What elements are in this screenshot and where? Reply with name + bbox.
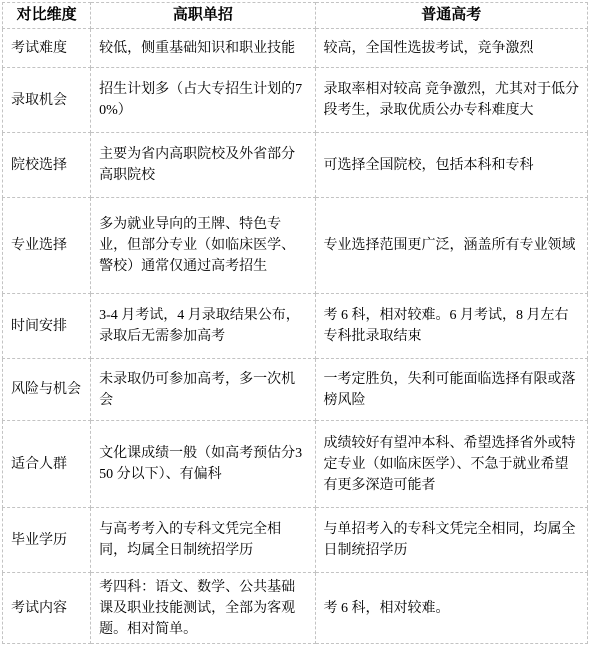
row-label: 毕业学历 [3,508,91,573]
row-label: 录取机会 [3,68,91,133]
table-row-exam-content: 考试内容 考四科：语文、数学、公共基础课及职业技能测试，全部为客观题。相对简单。… [3,573,588,644]
header-cell-gaokao: 普通高考 [315,3,587,29]
gaokao-cell: 成绩较好有望冲本科、希望选择省外或特定专业（如临床医学）、不急于就业希望有更多深… [315,421,587,508]
gaokao-cell: 与单招考入的专科文凭完全相同，均属全日制统招学历 [315,508,587,573]
danzhao-cell: 与高考考入的专科文凭完全相同，均属全日制统招学历 [91,508,315,573]
table-row-exam-difficulty: 考试难度 较低，侧重基础知识和职业技能 较高，全国性选拔考试，竞争激烈 [3,29,588,68]
danzhao-vs-gaokao-comparison-table: 对比维度 高职单招 普通高考 考试难度 较低，侧重基础知识和职业技能 较高，全国… [2,2,588,644]
danzhao-cell: 较低，侧重基础知识和职业技能 [91,29,315,68]
gaokao-cell: 一考定胜负，失利可能面临选择有限或落榜风险 [315,359,587,421]
danzhao-cell: 未录取仍可参加高考，多一次机会 [91,359,315,421]
row-label: 专业选择 [3,198,91,294]
row-label: 考试难度 [3,29,91,68]
table-row-schedule: 时间安排 3-4 月考试，4 月录取结果公布，录取后无需参加高考 考 6 科，相… [3,294,588,359]
row-label: 考试内容 [3,573,91,644]
danzhao-cell: 3-4 月考试，4 月录取结果公布，录取后无需参加高考 [91,294,315,359]
gaokao-cell: 考 6 科，相对较难。 [315,573,587,644]
table-row-major-choice: 专业选择 多为就业导向的王牌、特色专业，但部分专业（如临床医学、警校）通常仅通过… [3,198,588,294]
header-cell-danzhao: 高职单招 [91,3,315,29]
table-row-suitable-people: 适合人群 文化课成绩一般（如高考预估分350 分以下）、有偏科 成绩较好有望冲本… [3,421,588,508]
row-label: 院校选择 [3,133,91,198]
gaokao-cell: 考 6 科，相对较难。6 月考试，8 月左右专科批录取结束 [315,294,587,359]
table-row-risk-opportunity: 风险与机会 未录取仍可参加高考，多一次机会 一考定胜负，失利可能面临选择有限或落… [3,359,588,421]
gaokao-cell: 可选择全国院校，包括本科和专科 [315,133,587,198]
row-label: 风险与机会 [3,359,91,421]
gaokao-cell: 专业选择范围更广泛，涵盖所有专业领域 [315,198,587,294]
table-row-diploma: 毕业学历 与高考考入的专科文凭完全相同，均属全日制统招学历 与单招考入的专科文凭… [3,508,588,573]
comparison-table-page: 对比维度 高职单招 普通高考 考试难度 较低，侧重基础知识和职业技能 较高，全国… [0,0,590,646]
gaokao-cell: 较高，全国性选拔考试，竞争激烈 [315,29,587,68]
gaokao-cell: 录取率相对较高 竞争激烈，尤其对于低分段考生，录取优质公办专科难度大 [315,68,587,133]
header-row: 对比维度 高职单招 普通高考 [3,3,588,29]
danzhao-cell: 文化课成绩一般（如高考预估分350 分以下）、有偏科 [91,421,315,508]
danzhao-cell: 招生计划多（占大专招生计划的70%） [91,68,315,133]
danzhao-cell: 多为就业导向的王牌、特色专业，但部分专业（如临床医学、警校）通常仅通过高考招生 [91,198,315,294]
table-row-admission-chance: 录取机会 招生计划多（占大专招生计划的70%） 录取率相对较高 竞争激烈，尤其对… [3,68,588,133]
row-label: 适合人群 [3,421,91,508]
danzhao-cell: 主要为省内高职院校及外省部分高职院校 [91,133,315,198]
row-label: 时间安排 [3,294,91,359]
header-cell-dimension: 对比维度 [3,3,91,29]
table-row-school-choice: 院校选择 主要为省内高职院校及外省部分高职院校 可选择全国院校，包括本科和专科 [3,133,588,198]
danzhao-cell: 考四科：语文、数学、公共基础课及职业技能测试，全部为客观题。相对简单。 [91,573,315,644]
